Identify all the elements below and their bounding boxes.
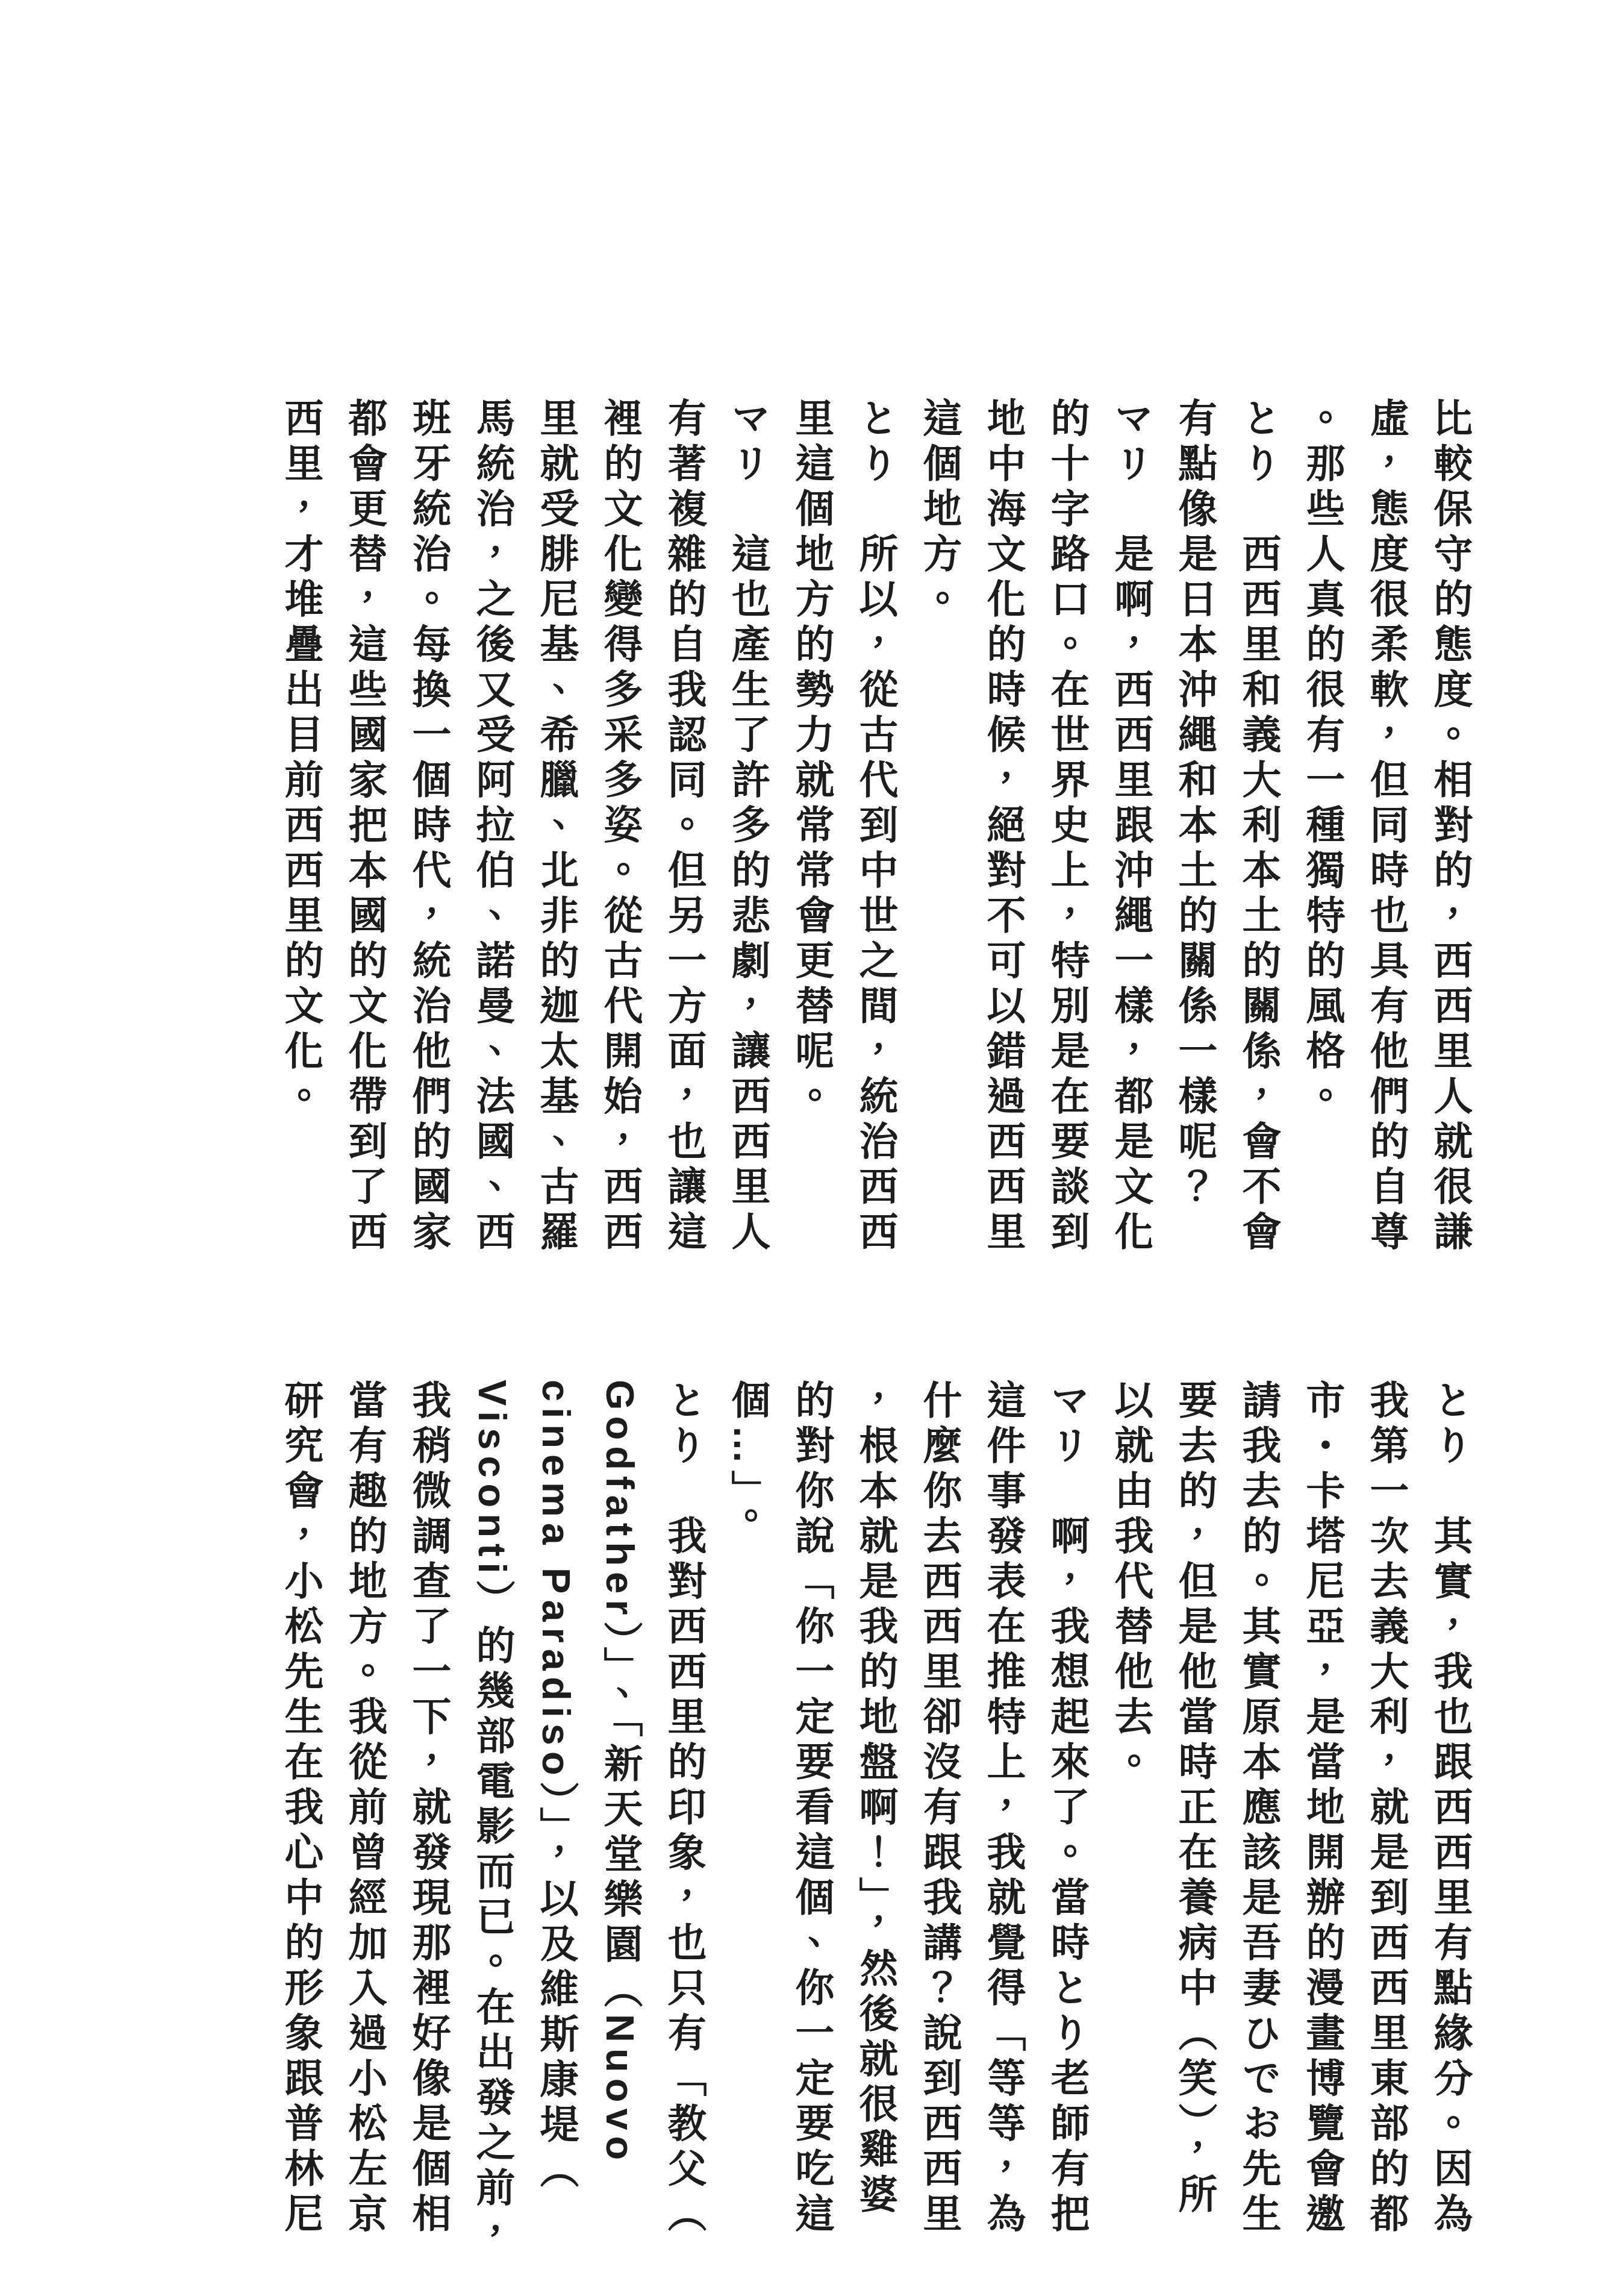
text-column: 地中海文化的時候，絕對不可以錯過西西里 <box>971 398 1035 1259</box>
text-column: 的對你說「你一定要看這個、你一定要吃這 <box>779 1380 843 2262</box>
column-text: 是啊，西西里跟沖繩一樣，都是文化 <box>1109 488 1153 1256</box>
text-column: 這個地方。 <box>907 398 971 1259</box>
column-text: 比較保守的態度。相對的，西西里人就很謙 <box>1428 398 1472 1256</box>
upper-text-block: 比較保守的態度。相對的，西西里人就很謙 虛，態度很柔軟，但同時也具有他們的自尊 … <box>269 398 1482 1259</box>
text-column: 我稍微調查了一下，就發現那裡好像是個相 <box>396 1380 460 2262</box>
column-text: 我稍微調查了一下，就發現那裡好像是個相 <box>407 1380 451 2238</box>
speaker-label: マリ <box>1045 1380 1089 1470</box>
column-text: 馬統治，之後又受阿拉伯、諾曼、法國、西 <box>470 398 514 1256</box>
text-column: ，根本就是我的地盤啊！」，然後就很雞婆 <box>843 1380 907 2262</box>
column-text: 這也產生了許多的悲劇，讓西西里人 <box>726 488 770 1256</box>
column-text: 地中海文化的時候，絕對不可以錯過西西里 <box>981 398 1025 1256</box>
column-text: 當有趣的地方。我從前曾經加入過小松左京 <box>343 1380 387 2238</box>
text-column: cinema Paradiso）」，以及維斯康堤（ <box>524 1380 588 2262</box>
text-column: 什麼你去西西里卻沒有跟我講？說到西西里 <box>907 1380 971 2262</box>
column-text: 要去的，但是他當時正在養病中（笑），所 <box>1173 1380 1217 2219</box>
text-column: 我第一次去義大利，就是到西西里東部的都 <box>1354 1380 1418 2262</box>
text-column: 要去的，但是他當時正在養病中（笑），所 <box>1162 1380 1226 2262</box>
text-column: 班牙統治。每換一個時代，統治他們的國家 <box>396 398 460 1259</box>
column-text: 班牙統治。每換一個時代，統治他們的國家 <box>407 398 451 1256</box>
column-text: 所以，從古代到中世之間，統治西西 <box>853 488 897 1256</box>
column-text: 我對西西里的印象，也只有「教父（ <box>662 1470 706 2238</box>
text-column: 個…」。 <box>716 1380 779 2262</box>
text-column: 虛，態度很柔軟，但同時也具有他們的自尊 <box>1354 398 1418 1259</box>
speaker-label: とり <box>662 1380 706 1470</box>
text-column: 當有趣的地方。我從前曾經加入過小松左京 <box>332 1380 396 2262</box>
column-text: 西里，才堆疊出目前西西里的文化。 <box>279 398 323 1121</box>
text-column: 。那些人真的很有一種獨特的風格。 <box>1290 398 1354 1259</box>
lower-text-block: とり 其實，我也跟西西里有點緣分。因為 我第一次去義大利，就是到西西里東部的都 … <box>269 1380 1482 2262</box>
text-column: 都會更替，這些國家把本國的文化帶到了西 <box>332 398 396 1259</box>
column-text: 什麼你去西西里卻沒有跟我講？說到西西里 <box>917 1380 961 2238</box>
column-text: 研究會，小松先生在我心中的形象跟普林尼 <box>279 1380 323 2238</box>
column-text: 這件事發表在推特上，我就覺得「等等，為 <box>981 1380 1025 2238</box>
text-column: 有點像是日本沖繩和本土的關係一樣呢？ <box>1162 398 1226 1259</box>
speaker-label: マリ <box>1109 398 1153 488</box>
document-page: 比較保守的態度。相對的，西西里人就很謙 虛，態度很柔軟，但同時也具有他們的自尊 … <box>0 0 1622 2296</box>
column-text: 的對你說「你一定要看這個、你一定要吃這 <box>790 1380 834 2238</box>
text-column: マリ 是啊，西西里跟沖繩一樣，都是文化 <box>1099 398 1162 1259</box>
text-column: とり 我對西西里的印象，也只有「教父（ <box>652 1380 716 2262</box>
text-column: 以就由我代替他去。 <box>1099 1380 1162 2262</box>
column-text: ，根本就是我的地盤啊！」，然後就很雞婆 <box>853 1380 897 2219</box>
text-column: Godfather）」、「新天堂樂園（Nuovo <box>588 1380 652 2262</box>
column-text: 啊，我想起來了。當時とり老師有把 <box>1045 1470 1089 2238</box>
text-column: 里這個地方的勢力就常常會更替呢。 <box>779 398 843 1259</box>
column-text: 有點像是日本沖繩和本土的關係一樣呢？ <box>1173 398 1217 1211</box>
text-column: とり 西西里和義大利本土的關係，會不會 <box>1226 398 1290 1259</box>
column-text: 西西里和義大利本土的關係，會不會 <box>1237 488 1280 1256</box>
text-column: とり 其實，我也跟西西里有點緣分。因為 <box>1418 1380 1482 2262</box>
column-text: Visconti）的幾部電影而已。在出發之前， <box>470 1380 514 2257</box>
text-column: 里就受腓尼基、希臘、北非的迦太基、古羅 <box>524 398 588 1259</box>
text-column: とり 所以，從古代到中世之間，統治西西 <box>843 398 907 1259</box>
column-text: 的十字路口。在世界史上，特別是在要談到 <box>1045 398 1089 1256</box>
text-column: 比較保守的態度。相對的，西西里人就很謙 <box>1418 398 1482 1259</box>
text-column: 的十字路口。在世界史上，特別是在要談到 <box>1035 398 1099 1259</box>
text-column: Visconti）的幾部電影而已。在出發之前， <box>460 1380 524 2262</box>
text-column: 有著複雜的自我認同。但另一方面，也讓這 <box>652 398 716 1259</box>
column-text: 裡的文化變得多采多姿。從古代開始，西西 <box>598 398 642 1256</box>
text-column: 請我去的。其實原本應該是吾妻ひでお先生 <box>1226 1380 1290 2262</box>
speaker-label: とり <box>853 398 897 488</box>
text-column: 裡的文化變得多采多姿。從古代開始，西西 <box>588 398 652 1259</box>
text-column: 馬統治，之後又受阿拉伯、諾曼、法國、西 <box>460 398 524 1259</box>
text-column: マリ 啊，我想起來了。當時とり老師有把 <box>1035 1380 1099 2262</box>
column-text: 里這個地方的勢力就常常會更替呢。 <box>790 398 834 1121</box>
column-text: 其實，我也跟西西里有點緣分。因為 <box>1428 1470 1472 2238</box>
column-text: 以就由我代替他去。 <box>1109 1380 1153 1786</box>
text-column: 這件事發表在推特上，我就覺得「等等，為 <box>971 1380 1035 2262</box>
column-text: 我第一次去義大利，就是到西西里東部的都 <box>1364 1380 1408 2238</box>
speaker-label: とり <box>1237 398 1280 488</box>
text-column: 研究會，小松先生在我心中的形象跟普林尼 <box>269 1380 332 2262</box>
column-text: 個…」。 <box>726 1380 770 1541</box>
column-text: cinema Paradiso）」，以及維斯康堤（ <box>534 1380 578 2194</box>
column-text: 虛，態度很柔軟，但同時也具有他們的自尊 <box>1364 398 1408 1256</box>
column-text: 里就受腓尼基、希臘、北非的迦太基、古羅 <box>534 398 578 1256</box>
column-text: 這個地方。 <box>917 398 961 624</box>
column-text: Godfather）」、「新天堂樂園（Nuovo <box>598 1380 642 2166</box>
text-column: 西里，才堆疊出目前西西里的文化。 <box>269 398 332 1259</box>
column-text: 請我去的。其實原本應該是吾妻ひでお先生 <box>1237 1380 1280 2238</box>
column-text: 市・卡塔尼亞，是當地開辦的漫畫博覽會邀 <box>1300 1380 1344 2238</box>
column-text: 都會更替，這些國家把本國的文化帶到了西 <box>343 398 387 1256</box>
column-text: 有著複雜的自我認同。但另一方面，也讓這 <box>662 398 706 1256</box>
text-column: 市・卡塔尼亞，是當地開辦的漫畫博覽會邀 <box>1290 1380 1354 2262</box>
text-column: マリ 這也產生了許多的悲劇，讓西西里人 <box>716 398 779 1259</box>
speaker-label: とり <box>1428 1380 1472 1470</box>
column-text: 。那些人真的很有一種獨特的風格。 <box>1300 398 1344 1121</box>
speaker-label: マリ <box>726 398 770 488</box>
